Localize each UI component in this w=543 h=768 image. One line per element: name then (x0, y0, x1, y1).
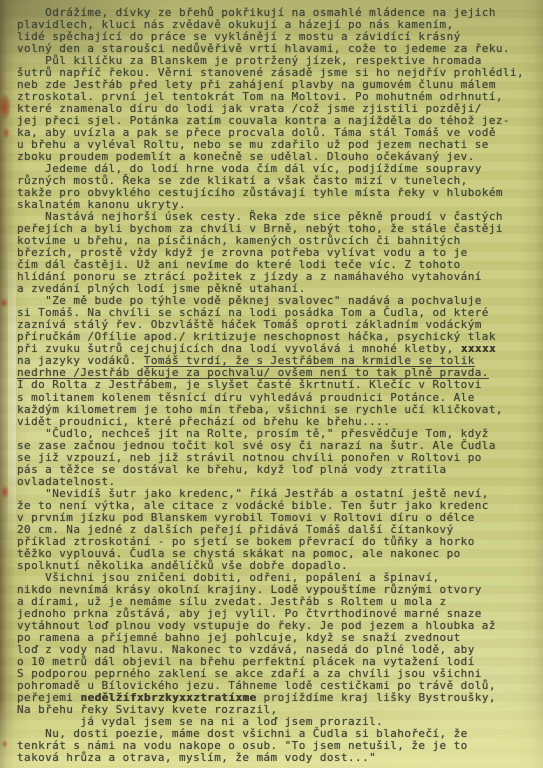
paper-stain (0, 296, 10, 310)
paper-edge-streak (8, 230, 16, 560)
text-line: taková hrůza a otrava, myslím, že mám vo… (17, 752, 539, 764)
paper-stain (1, 738, 10, 750)
scanned-page: Odrážíme, dívky ze břehů pokřikují na os… (0, 0, 543, 768)
paper-stain (0, 92, 12, 122)
paper-stain (0, 482, 12, 502)
typewritten-text: Odrážíme, dívky ze břehů pokřikují na os… (17, 7, 539, 768)
paper-stain (2, 124, 12, 142)
